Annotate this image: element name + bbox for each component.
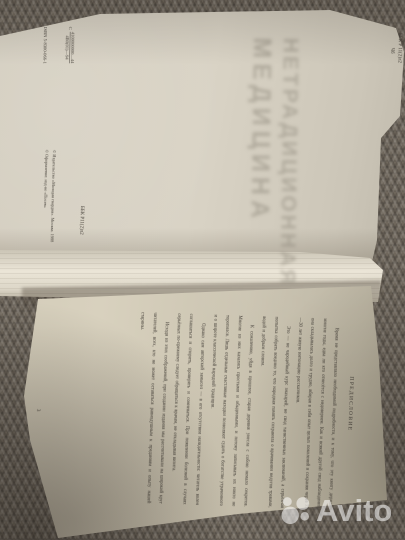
preface-body-text: Время не представляло необходимой подроб…: [51, 309, 343, 510]
isbn-line: ISBN 5-8300-066-1: [38, 27, 48, 117]
avito-watermark: Avito: [281, 495, 392, 526]
avito-logo-icon: [281, 495, 312, 526]
avito-wordmark: Avito: [316, 495, 392, 526]
ghost-line: НЕТРАДИЦИОННАЯ: [274, 38, 303, 262]
bbk-code: ББК Р11(2)л2: [75, 206, 85, 266]
catalog-fraction: 4100000000—44 4В0(01)—94: [65, 32, 76, 64]
ghost-line: МЕДИЦИНА: [244, 37, 277, 261]
bbk-stamp-top: ББК Р 11(2)л2 Чб: [382, 33, 404, 121]
catalog-number: С 4100000000—44 4В0(01)—94: [57, 27, 82, 122]
page-number: 3: [33, 409, 41, 419]
catalog-numerator: 4100000000—44: [70, 32, 76, 64]
bbk-stamp-line1: ББК Р 11(2)л2: [395, 33, 404, 121]
ghost-showthrough-title: НЕТРАДИЦИОННАЯ МЕДИЦИНА: [234, 37, 303, 262]
bbk-stamp-line2: Чб: [387, 48, 396, 121]
catalog-prefix: С: [68, 27, 73, 30]
photo-of-open-book: НЕТРАДИЦИОННАЯ МЕДИЦИНА ББК Р 11(2)л2 Чб…: [0, 0, 405, 540]
